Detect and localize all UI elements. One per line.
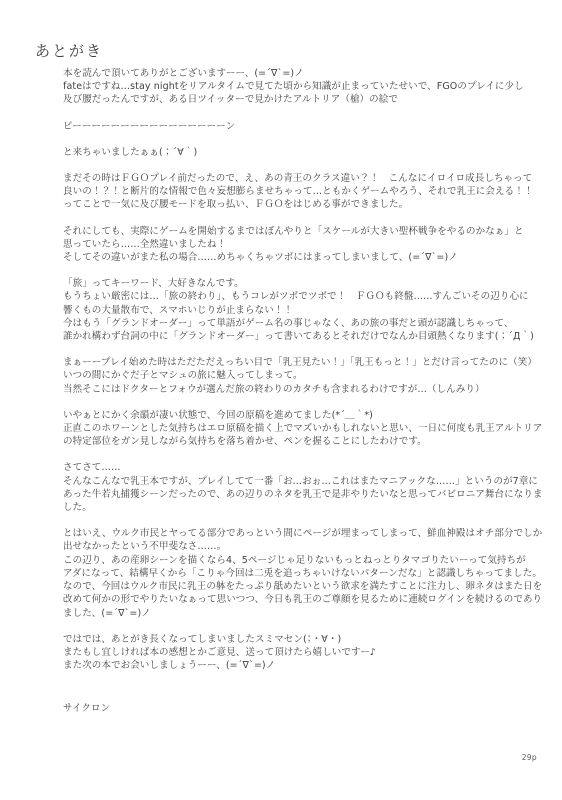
text-line: ってことで一気に及び腰モードを取っ払い、ＦＧＯをはじめる事ができました。	[63, 198, 525, 211]
text-line: まだその時はＦＧＯプレイ前だったので、え、あの青王のクラス違い？！ こんなにイロ…	[63, 172, 525, 185]
text-line: アダになって、結構早くから「こりゃ今回は二兎を追っちゃいけないパターンだな」と認…	[63, 567, 525, 580]
text-line: ではでは、あとがき長くなってしまいましたスミマセン(；・∀・)	[63, 633, 525, 646]
paragraph: 本を読んで頂いてありがとございますーー、(=´∇`=)ノfateはですね…sta…	[63, 67, 525, 107]
text-line: いやぁとにかく余韻が凄い状態で、今回の原稿を進めてました(*´＿｀*)	[63, 409, 525, 422]
text-line: 及び腰だったんですが、ある日ツイッターで見かけたアルトリア（槍）の絵で	[63, 93, 525, 106]
text-line: と来ちゃいましたぁぁ(；´∀｀)	[63, 146, 525, 159]
paragraph: 「旅」ってキーワード、大好きなんです。もうちょい厳密には…「旅の終わり」、もうコ…	[63, 277, 525, 343]
page-title: あとがき	[35, 40, 103, 61]
paragraph: と来ちゃいましたぁぁ(；´∀｀)	[63, 146, 525, 159]
paragraph: ビーーーーーーーーーーーーーーーーン	[63, 120, 525, 133]
text-line: そしてその違いがまた私の場合……めちゃくちゃツボにはまってしまいまして、(=´∇…	[63, 251, 525, 264]
text-line: なので、今回はウルク市民に乳王の躰をたっぷり舐めたいという欲求を満たすことに注力…	[63, 580, 525, 593]
afterword-page: あとがき 本を読んで頂いてありがとございますーー、(=´∇`=)ノfateはです…	[0, 0, 562, 800]
text-line: 思っていたら……全然違いましたね！	[63, 238, 525, 251]
text-line: ました、(=´∇`=)ノ	[63, 607, 525, 620]
paragraph: ではでは、あとがき長くなってしまいましたスミマセン(；・∀・)またもし宜しければ…	[63, 633, 525, 673]
paragraph: それにしても、実際にゲームを開始するまではぼんやりと「スケールが大きい聖杯戦争を…	[63, 225, 525, 265]
text-line: もうちょい厳密には…「旅の終わり」、もうコレがツボでツボで！ ＦＧＯも終盤……す…	[63, 290, 525, 303]
text-line: また次の本でお会いしましょうーー、(=´∇`=)ノ	[63, 659, 525, 672]
text-line: まぁーープレイ始めた時はただただえっちい目で「乳王見たい！」「乳王もっと！」とだ…	[63, 356, 525, 369]
text-line: 改めて何かの形でやりたいなぁって思いつつ、今日も乳王のご尊顔を見るために連続ログ…	[63, 593, 525, 606]
text-line: あった牛若丸捕獲シーンだったので、あの辺りのネタを乳王で是非やりたいなと思ってバ…	[63, 488, 525, 501]
text-line: さてさて……	[63, 461, 525, 474]
paragraph: まぁーープレイ始めた時はただただえっちい目で「乳王見たい！」「乳王もっと！」とだ…	[63, 356, 525, 396]
paragraph: とはいえ、ウルク市民とヤってる部分であっという間にページが埋まってしまって、鮮血…	[63, 527, 525, 619]
page-number: 29p	[522, 753, 537, 762]
text-line: 当然そこにはドクターとフォウが選んだ旅の終わりのカタチも含まれるわけですが…（し…	[63, 383, 525, 396]
afterword-body: 本を読んで頂いてありがとございますーー、(=´∇`=)ノfateはですね…sta…	[63, 67, 525, 716]
text-line: 今はもう「グランドオーダー」って単語がゲーム名の事じゃなく、あの旅の事だと頭が認…	[63, 317, 525, 330]
text-line: 出せなかったという不甲斐なさ……。	[63, 540, 525, 553]
text-line: とはいえ、ウルク市民とヤってる部分であっという間にページが埋まってしまって、鮮血…	[63, 527, 525, 540]
text-line: 響くもの大量散布で、スマホいじりが止まらない！！	[63, 304, 525, 317]
paragraph: さてさて……そんなこんなで乳王本ですが、プレイしてて一番「お…おぉ…これはまたマ…	[63, 461, 525, 514]
text-line: 誰かれ構わず台詞の中に「グランドオーダー」って書いてあるとそれだけでなんか目頭熱…	[63, 330, 525, 343]
text-line: 「旅」ってキーワード、大好きなんです。	[63, 277, 525, 290]
author-signature: サイクロン	[63, 702, 525, 715]
text-line: した。	[63, 501, 525, 514]
paragraph: まだその時はＦＧＯプレイ前だったので、え、あの青王のクラス違い？！ こんなにイロ…	[63, 172, 525, 212]
text-line: ビーーーーーーーーーーーーーーーーン	[63, 120, 525, 133]
text-line: 正直このホワーンとした気持ちはエロ原稿を描く上でマズいかもしれないと思い、一日に…	[63, 422, 525, 435]
text-line: の特定部位をガン見しながら気持ちを落ち着かせ、ペンを握ることにしたわけです。	[63, 435, 525, 448]
paragraph: いやぁとにかく余韻が凄い状態で、今回の原稿を進めてました(*´＿｀*)正直このホ…	[63, 409, 525, 449]
text-line: 本を読んで頂いてありがとございますーー、(=´∇`=)ノ	[63, 67, 525, 80]
text-line: そんなこんなで乳王本ですが、プレイしてて一番「お…おぉ…これはまたマニアックな……	[63, 475, 525, 488]
text-line: またもし宜しければ本の感想とかご意見、送って頂けたら嬉しいですー♪	[63, 646, 525, 659]
text-line: いつの間にかぐだ子とマシュの旅に魅入ってしまって。	[63, 369, 525, 382]
text-line: この辺り、あの産卵シーンを描くなら4、5ページじゃ足りないもっとねっとりタマゴり…	[63, 554, 525, 567]
text-line: 良いの！？！と断片的な情報で色々妄想膨らませちゃって…ともかくゲームやろう、それ…	[63, 185, 525, 198]
text-line: それにしても、実際にゲームを開始するまではぼんやりと「スケールが大きい聖杯戦争を…	[63, 225, 525, 238]
text-line: fateはですね…stay nightをリアルタイムで見てた頃から知識が止まって…	[63, 80, 525, 93]
